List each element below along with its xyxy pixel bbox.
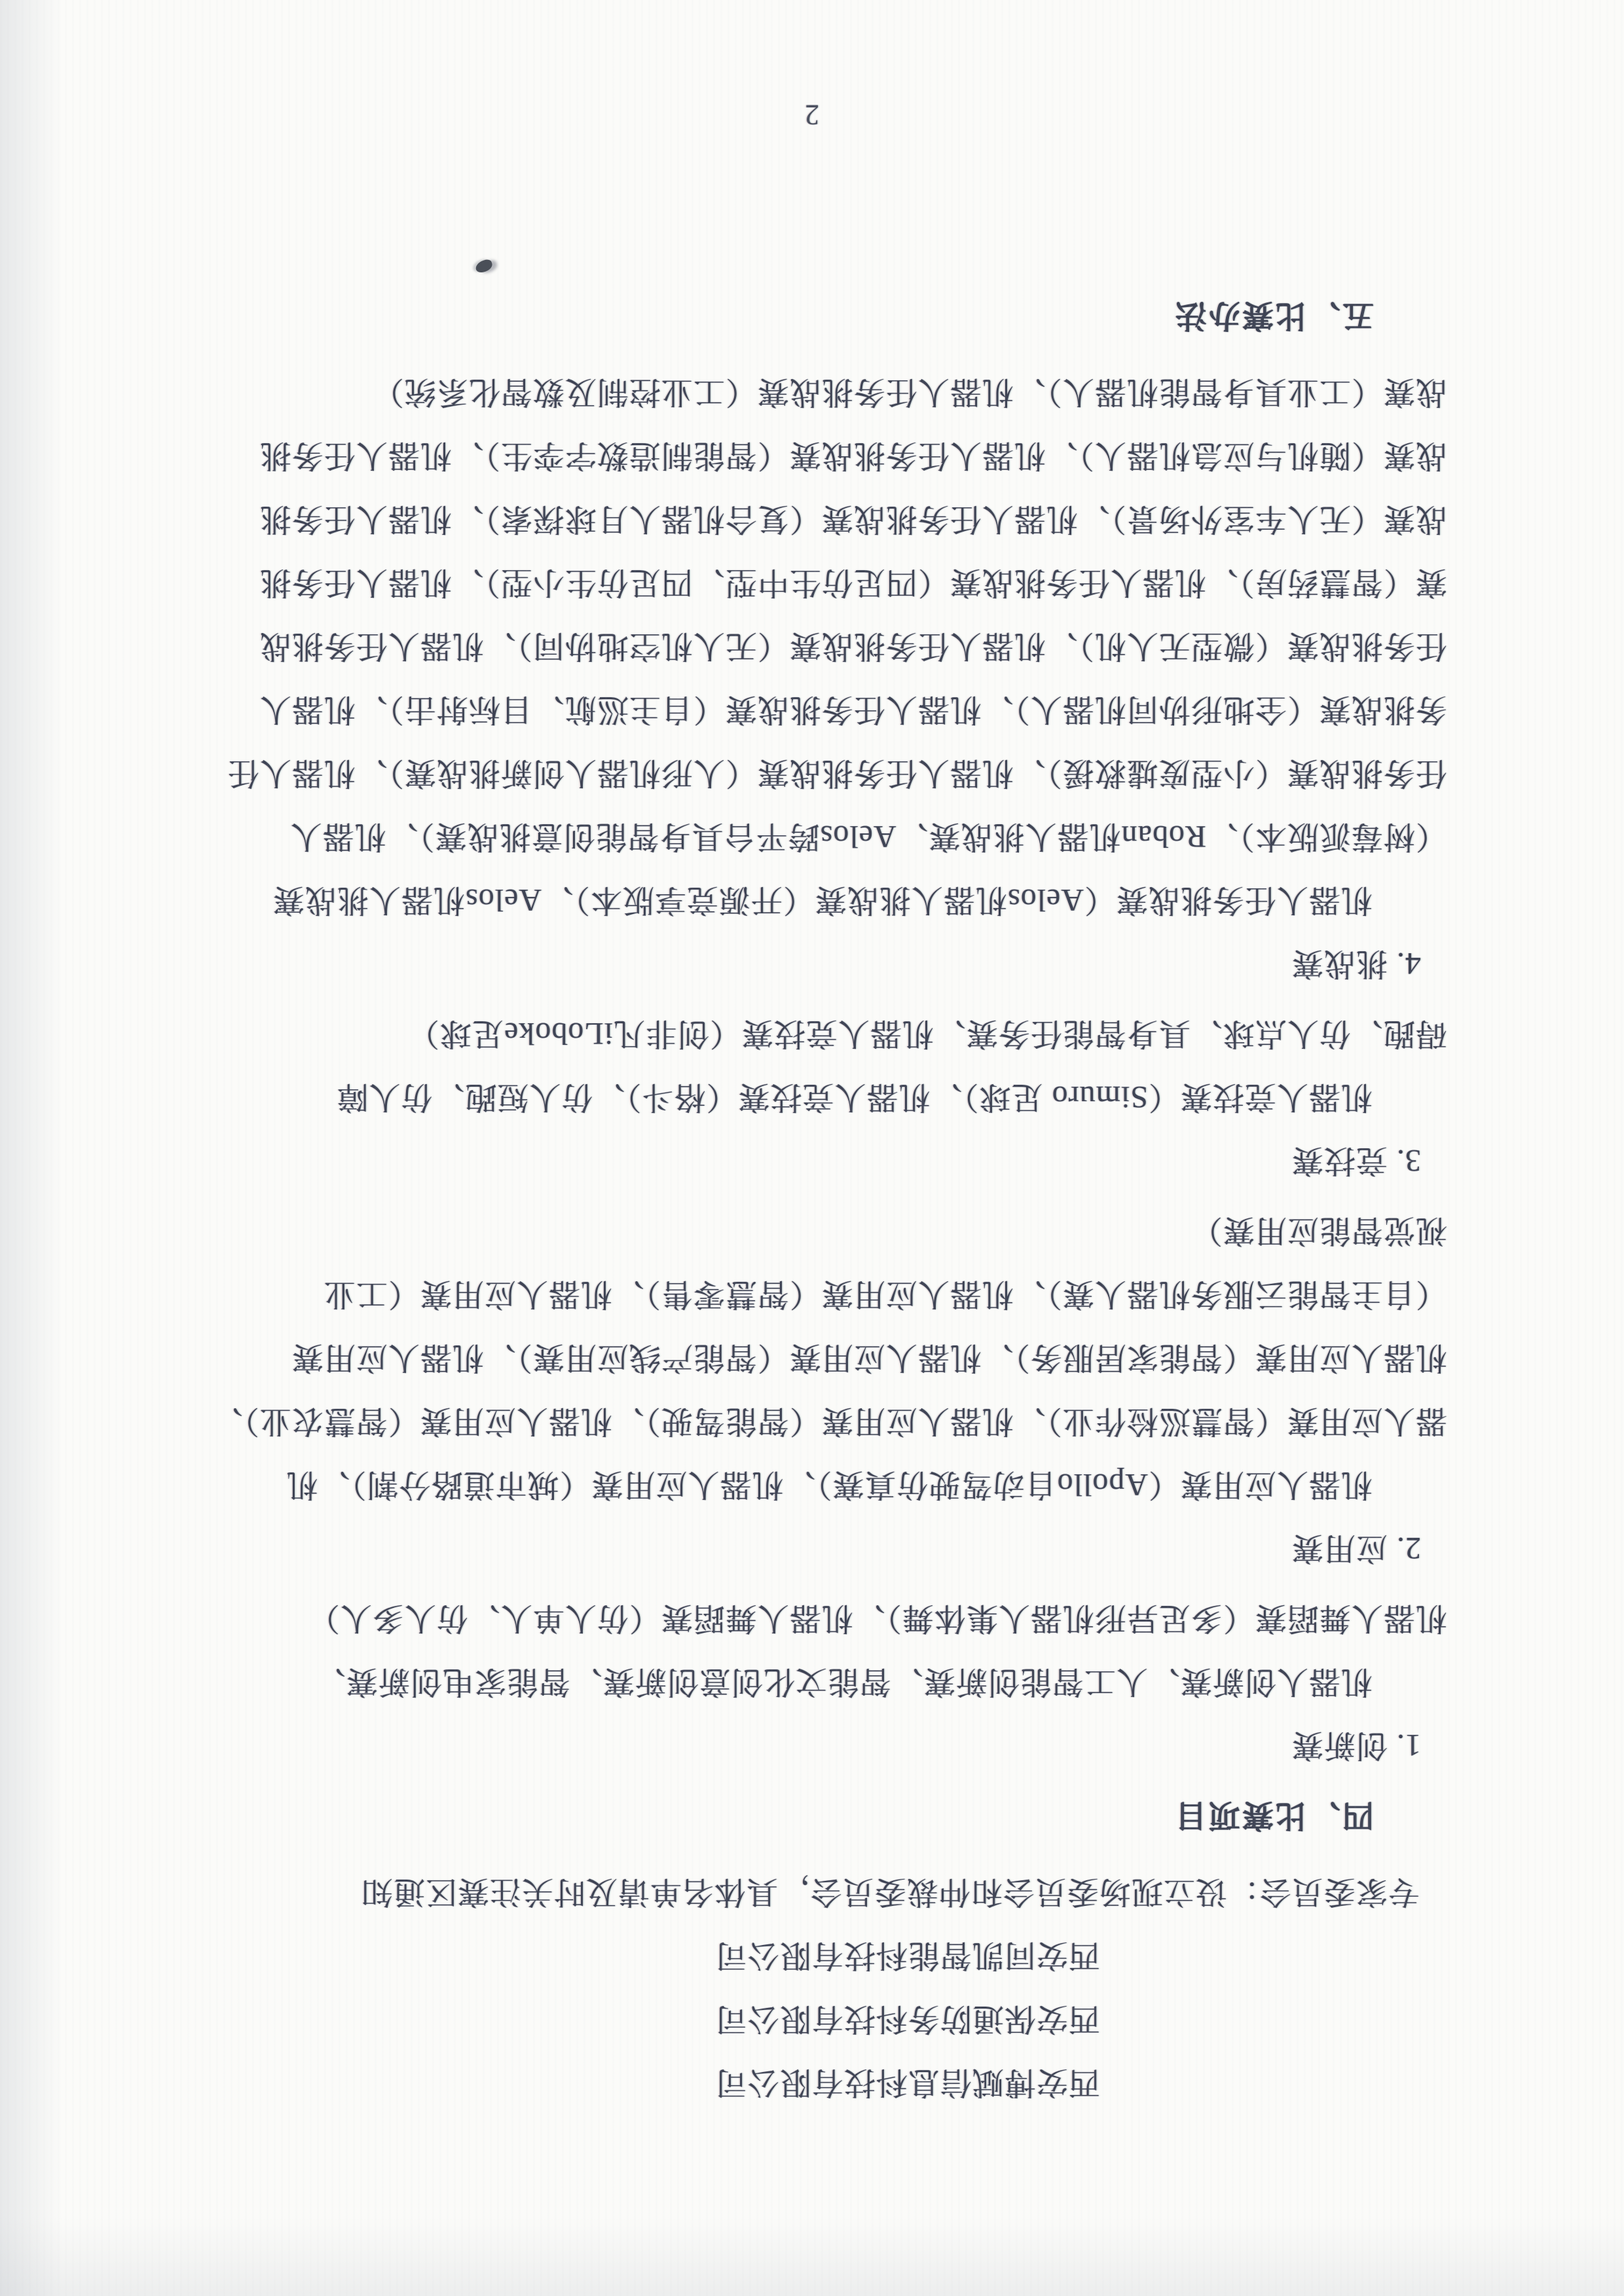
page-number: 2: [0, 98, 1624, 132]
text-line: 视觉智能应用赛）: [183, 1199, 1447, 1262]
text-line: 西安保通防务科技有限公司: [183, 1987, 1100, 2050]
text-line: 碍跑、仿人点球、具身智能任务赛、机器人竞技赛（创非凡iLoboke足球）: [183, 1002, 1447, 1065]
text-line: 五、比赛办法: [183, 283, 1374, 347]
text-line: 务挑战赛（全地形协同机器人）、机器人任务挑战赛（自主巡航、目标射击）、机器人: [183, 678, 1447, 741]
text-line: 西安博赋信息科技有限公司: [183, 2050, 1100, 2114]
text-line: （自主智能云服务机器人赛）、机器人应用赛（智慧零售）、机器人应用赛（工业: [183, 1262, 1447, 1326]
text-line: 机器人舞蹈赛（多足异形机器人集体舞）、机器人舞蹈赛（仿人单人、仿人多人）: [183, 1586, 1447, 1650]
text-line: 战赛（随机与应急机器人）、机器人任务挑战赛（智能制造数字孪生）、机器人任务挑: [183, 424, 1447, 487]
text-line: 任务挑战赛（微型无人机）、机器人任务挑战赛（无人机空地协同）、机器人任务挑战: [183, 614, 1447, 678]
document-lines: 西安博赋信息科技有限公司西安保通防务科技有限公司西安同凯智能科技有限公司专家委员…: [0, 283, 1624, 2296]
text-line: 四、比赛项目: [183, 1783, 1374, 1847]
text-line: 4. 挑战赛: [183, 932, 1421, 995]
text-line: 3. 竞技赛: [183, 1129, 1421, 1192]
text-line: 西安同凯智能科技有限公司: [183, 1923, 1100, 1987]
text-line: 机器人竞技赛（Simuro 足球）、机器人竞技赛（格斗）、仿人短跑、仿人障: [183, 1065, 1373, 1129]
text-line: 机器人创新赛、人工智能创新赛、智能文化创意创新赛、智能家电创新赛、: [183, 1650, 1373, 1713]
text-line: 2. 应用赛: [183, 1516, 1421, 1580]
text-line: 1. 创新赛: [183, 1713, 1421, 1777]
text-line: 赛（智慧药房）、机器人任务挑战赛（四足仿生中型、四足仿生小型）、机器人任务挑: [183, 551, 1447, 614]
text-line: 机器人任务挑战赛（Aelos机器人挑战赛（开源竞享版本）、Aelos机器人挑战赛: [183, 868, 1373, 932]
text-line: 任务挑战赛（小型废墟救援）、机器人任务挑战赛（人形机器人创新挑战赛）、机器人任: [183, 741, 1447, 805]
text-line: 战赛（工业具身智能机器人）、机器人任务挑战赛（工业控制及数智化系统）: [183, 360, 1447, 424]
text-line: （树莓派版本）、Roban机器人挑战赛、Aelos跨平台具身智能创意挑战赛）、机…: [183, 805, 1447, 868]
text-line: 专家委员会：设立现场委员会和仲裁委员会，具体名单请及时关注赛区通知: [183, 1860, 1420, 1923]
page-rotated-content: 西安博赋信息科技有限公司西安保通防务科技有限公司西安同凯智能科技有限公司专家委员…: [0, 0, 1624, 2296]
text-line: 机器人应用赛（智能家居服务）、机器人应用赛（智能产线应用赛）、机器人应用赛: [183, 1326, 1447, 1389]
text-line: 战赛（无人车室外场景）、机器人任务挑战赛（复合机器人月球探索）、机器人任务挑: [183, 487, 1447, 551]
text-line: 机器人应用赛（Apollo自动驾驶仿真赛）、机器人应用赛（城市道路分割）、机: [183, 1453, 1373, 1516]
text-line: 器人应用赛（智慧巡检作业）、机器人应用赛（智能驾驶）、机器人应用赛（智慧农业）、: [183, 1389, 1447, 1453]
scanned-page: 西安博赋信息科技有限公司西安保通防务科技有限公司西安同凯智能科技有限公司专家委员…: [0, 0, 1624, 2296]
